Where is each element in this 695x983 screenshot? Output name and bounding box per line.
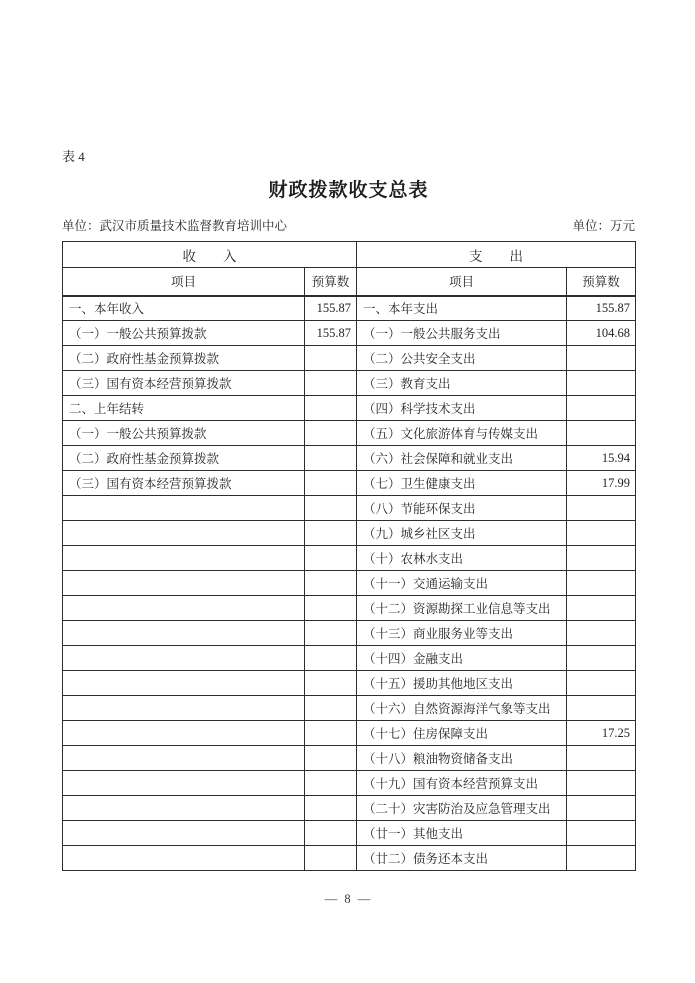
expense-item-cell: （十一）交通运输支出 xyxy=(357,571,567,596)
expense-item-cell: （十六）自然资源海洋气象等支出 xyxy=(357,696,567,721)
expense-budget-cell xyxy=(567,696,636,721)
income-item-cell xyxy=(63,521,305,546)
table-row: （廿二）债务还本支出 xyxy=(63,846,636,871)
expense-item-cell: （五）文化旅游体育与传媒支出 xyxy=(357,421,567,446)
income-budget-column-header: 预算数 xyxy=(305,268,357,296)
table-row: （十七）住房保障支出17.25 xyxy=(63,721,636,746)
income-budget-cell xyxy=(305,371,357,396)
income-item-cell xyxy=(63,796,305,821)
table-row: （一）一般公共预算拨款（五）文化旅游体育与传媒支出 xyxy=(63,421,636,446)
income-budget-cell xyxy=(305,771,357,796)
section-header-row: 收 入 支 出 xyxy=(63,242,636,268)
table-row: （二十）灾害防治及应急管理支出 xyxy=(63,796,636,821)
expense-item-cell: （十八）粮油物资储备支出 xyxy=(357,746,567,771)
expense-item-cell: （三）教育支出 xyxy=(357,371,567,396)
income-item-cell xyxy=(63,771,305,796)
expense-item-cell: （十二）资源勘探工业信息等支出 xyxy=(357,596,567,621)
table-number: 表 4 xyxy=(62,146,635,165)
table-row: （十）农林水支出 xyxy=(63,546,636,571)
page-number: — 8 — xyxy=(62,892,635,907)
expense-budget-cell xyxy=(567,796,636,821)
expense-budget-cell xyxy=(567,621,636,646)
expense-budget-cell xyxy=(567,671,636,696)
expense-budget-cell xyxy=(567,421,636,446)
expense-budget-cell: 155.87 xyxy=(567,296,636,321)
income-budget-cell xyxy=(305,721,357,746)
expense-item-cell: （八）节能环保支出 xyxy=(357,496,567,521)
table-row: （二）政府性基金预算拨款（六）社会保障和就业支出15.94 xyxy=(63,446,636,471)
table-row: （九）城乡社区支出 xyxy=(63,521,636,546)
table-row: （一）一般公共预算拨款155.87（一）一般公共服务支出104.68 xyxy=(63,321,636,346)
income-item-cell: （三）国有资本经营预算拨款 xyxy=(63,371,305,396)
income-budget-cell xyxy=(305,446,357,471)
income-budget-cell xyxy=(305,396,357,421)
income-budget-cell xyxy=(305,421,357,446)
expense-item-cell: （四）科学技术支出 xyxy=(357,396,567,421)
expense-budget-cell: 17.25 xyxy=(567,721,636,746)
income-section-header: 收 入 xyxy=(63,242,357,268)
expense-budget-cell xyxy=(567,646,636,671)
expense-budget-cell xyxy=(567,521,636,546)
table-row: （十四）金融支出 xyxy=(63,646,636,671)
income-item-cell: （一）一般公共预算拨款 xyxy=(63,421,305,446)
expense-budget-cell: 15.94 xyxy=(567,446,636,471)
table-row: （八）节能环保支出 xyxy=(63,496,636,521)
table-row: （十一）交通运输支出 xyxy=(63,571,636,596)
income-item-cell: （一）一般公共预算拨款 xyxy=(63,321,305,346)
expense-budget-cell xyxy=(567,371,636,396)
income-item-cell: （三）国有资本经营预算拨款 xyxy=(63,471,305,496)
income-budget-cell: 155.87 xyxy=(305,321,357,346)
document-page: 表 4 财政拨款收支总表 单位：武汉市质量技术监督教育培训中心 单位：万元 收 … xyxy=(0,0,695,983)
table-row: （十三）商业服务业等支出 xyxy=(63,621,636,646)
expense-item-cell: （二十）灾害防治及应急管理支出 xyxy=(357,796,567,821)
income-budget-cell xyxy=(305,796,357,821)
income-item-column-header: 项目 xyxy=(63,268,305,296)
income-item-cell xyxy=(63,646,305,671)
table-row: （十八）粮油物资储备支出 xyxy=(63,746,636,771)
income-budget-cell xyxy=(305,596,357,621)
expense-item-column-header: 项目 xyxy=(357,268,567,296)
table-row: （三）国有资本经营预算拨款（七）卫生健康支出17.99 xyxy=(63,471,636,496)
table-row: （十二）资源勘探工业信息等支出 xyxy=(63,596,636,621)
income-budget-cell xyxy=(305,571,357,596)
table-row: （二）政府性基金预算拨款（二）公共安全支出 xyxy=(63,346,636,371)
table-row: （十九）国有资本经营预算支出 xyxy=(63,771,636,796)
income-budget-cell xyxy=(305,621,357,646)
income-budget-cell xyxy=(305,696,357,721)
income-budget-cell: 155.87 xyxy=(305,296,357,321)
income-item-cell xyxy=(63,496,305,521)
document-content: 表 4 财政拨款收支总表 单位：武汉市质量技术监督教育培训中心 单位：万元 收 … xyxy=(62,146,635,907)
table-row: 一、本年收入155.87一、本年支出155.87 xyxy=(63,296,636,321)
expense-budget-cell xyxy=(567,396,636,421)
page-title: 财政拨款收支总表 xyxy=(62,175,635,202)
table-row: 二、上年结转（四）科学技术支出 xyxy=(63,396,636,421)
income-budget-cell xyxy=(305,521,357,546)
income-item-cell: 二、上年结转 xyxy=(63,396,305,421)
income-item-cell xyxy=(63,596,305,621)
income-item-cell: （二）政府性基金预算拨款 xyxy=(63,346,305,371)
expense-budget-cell: 104.68 xyxy=(567,321,636,346)
expense-budget-cell xyxy=(567,846,636,871)
table-row: （十六）自然资源海洋气象等支出 xyxy=(63,696,636,721)
income-item-cell xyxy=(63,571,305,596)
expense-budget-cell xyxy=(567,596,636,621)
table-row: （廿一）其他支出 xyxy=(63,821,636,846)
expense-item-cell: （廿二）债务还本支出 xyxy=(357,846,567,871)
expense-item-cell: （一）一般公共服务支出 xyxy=(357,321,567,346)
income-item-cell xyxy=(63,846,305,871)
unit-organization: 单位：武汉市质量技术监督教育培训中心 xyxy=(62,216,287,234)
expense-item-cell: （十五）援助其他地区支出 xyxy=(357,671,567,696)
income-budget-cell xyxy=(305,546,357,571)
expense-item-cell: （十七）住房保障支出 xyxy=(357,721,567,746)
income-item-cell xyxy=(63,721,305,746)
expense-budget-cell xyxy=(567,821,636,846)
income-item-cell xyxy=(63,671,305,696)
income-item-cell xyxy=(63,621,305,646)
expense-budget-cell xyxy=(567,346,636,371)
expense-item-cell: 一、本年支出 xyxy=(357,296,567,321)
income-budget-cell xyxy=(305,496,357,521)
income-budget-cell xyxy=(305,846,357,871)
income-item-cell: （二）政府性基金预算拨款 xyxy=(63,446,305,471)
expense-item-cell: （廿一）其他支出 xyxy=(357,821,567,846)
budget-summary-table: 收 入 支 出 项目 预算数 项目 预算数 一、本年收入155.87一、本年支出… xyxy=(62,241,636,871)
income-item-cell xyxy=(63,546,305,571)
income-budget-cell xyxy=(305,821,357,846)
income-item-cell xyxy=(63,821,305,846)
expense-item-cell: （十九）国有资本经营预算支出 xyxy=(357,771,567,796)
income-budget-cell xyxy=(305,471,357,496)
expense-budget-cell xyxy=(567,771,636,796)
income-budget-cell xyxy=(305,746,357,771)
expense-item-cell: （六）社会保障和就业支出 xyxy=(357,446,567,471)
income-budget-cell xyxy=(305,671,357,696)
expense-item-cell: （七）卫生健康支出 xyxy=(357,471,567,496)
table-row: （三）国有资本经营预算拨款（三）教育支出 xyxy=(63,371,636,396)
expense-section-header: 支 出 xyxy=(357,242,636,268)
expense-budget-column-header: 预算数 xyxy=(567,268,636,296)
unit-currency: 单位：万元 xyxy=(572,216,635,234)
expense-item-cell: （十三）商业服务业等支出 xyxy=(357,621,567,646)
unit-line: 单位：武汉市质量技术监督教育培训中心 单位：万元 xyxy=(62,216,635,234)
expense-budget-cell xyxy=(567,546,636,571)
income-item-cell xyxy=(63,746,305,771)
expense-item-cell: （十四）金融支出 xyxy=(357,646,567,671)
expense-budget-cell xyxy=(567,496,636,521)
column-header-row: 项目 预算数 项目 预算数 xyxy=(63,268,636,296)
table-row: （十五）援助其他地区支出 xyxy=(63,671,636,696)
expense-budget-cell: 17.99 xyxy=(567,471,636,496)
expense-budget-cell xyxy=(567,746,636,771)
income-item-cell xyxy=(63,696,305,721)
income-budget-cell xyxy=(305,646,357,671)
income-budget-cell xyxy=(305,346,357,371)
expense-item-cell: （十）农林水支出 xyxy=(357,546,567,571)
expense-budget-cell xyxy=(567,571,636,596)
income-item-cell: 一、本年收入 xyxy=(63,296,305,321)
expense-item-cell: （二）公共安全支出 xyxy=(357,346,567,371)
expense-item-cell: （九）城乡社区支出 xyxy=(357,521,567,546)
